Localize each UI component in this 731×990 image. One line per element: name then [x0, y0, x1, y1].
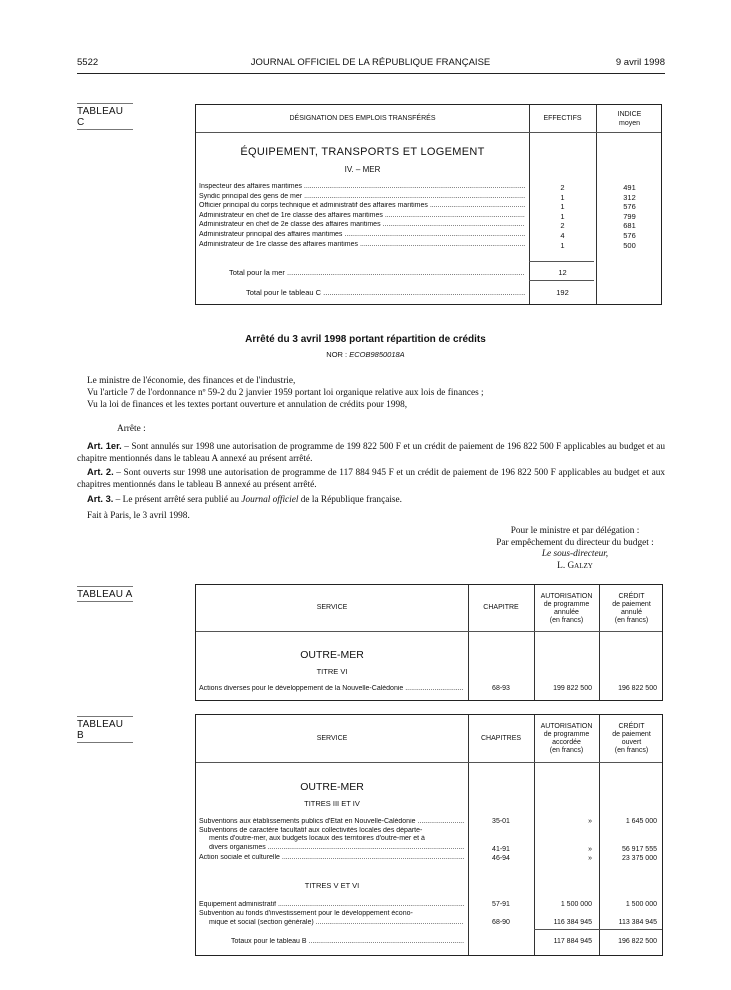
- table-row-indice: 491: [596, 183, 663, 192]
- table-row-indice: 312: [596, 193, 663, 202]
- table-row-indice: 799: [596, 212, 663, 221]
- article-2: Art. 2. – Sont ouverts sur 1998 une auto…: [77, 466, 665, 491]
- table-row-indice: 576: [596, 231, 663, 240]
- article-1: Art. 1er. – Sont annulés sur 1998 une au…: [77, 440, 665, 465]
- table-row-chapitre: 68-93: [468, 685, 534, 692]
- table-row-cp: 56 917 555: [599, 846, 657, 853]
- col-service: SERVICE: [196, 604, 468, 611]
- table-row-chapitre: 68-90: [468, 919, 534, 926]
- total-tableau-c-label: Total pour le tableau C: [246, 288, 525, 297]
- table-row-cp: 196 822 500: [599, 685, 657, 692]
- arrete-word: Arrête :: [117, 423, 146, 435]
- table-row-label: Officier principal du corps technique et…: [199, 202, 525, 209]
- col-credit: CRÉDITde paiementannulé(en francs): [599, 593, 664, 625]
- table-row-cp: 23 375 000: [599, 855, 657, 862]
- subsection-title: IV. – MER: [196, 165, 529, 174]
- table-row-label: Administrateur en chef de 1re classe des…: [199, 212, 525, 219]
- table-row-label: Subventions de caractère facultatif aux …: [199, 827, 464, 834]
- table-row-chapitre: 46-94: [468, 855, 534, 862]
- arrete-title: Arrêté du 3 avril 1998 portant répartiti…: [0, 334, 731, 345]
- table-row-ap: 1 500 000: [534, 901, 592, 908]
- table-row-label: Administrateur de 1re classe des affaire…: [199, 241, 525, 248]
- nor-line: NOR : ECOB9850018A: [0, 350, 731, 359]
- signature: Pour le ministre et par délégation : Par…: [465, 526, 685, 572]
- col-credit: CRÉDITde paiementouvert(en francs): [599, 723, 664, 755]
- col-chapitres: CHAPITRES: [468, 735, 534, 742]
- table-row-effectifs: 4: [529, 231, 596, 240]
- total-cp: 196 822 500: [599, 938, 657, 945]
- section-title: OUTRE-MER: [196, 781, 468, 793]
- tableau-c-label: TABLEAU C: [77, 103, 133, 130]
- table-row-chapitre: 35-01: [468, 818, 534, 825]
- table-row-ap: »: [534, 855, 592, 862]
- col-autorisation: AUTORISATIONde programmeaccordée(en fran…: [534, 723, 599, 755]
- table-row-label: Actions diverses pour le développement d…: [199, 685, 464, 692]
- col-indice: INDICE moyen: [596, 110, 663, 128]
- tableau-b: SERVICE CHAPITRES AUTORISATIONde program…: [195, 714, 663, 956]
- col-service: SERVICE: [196, 735, 468, 742]
- preamble: Le ministre de l'économie, des finances …: [77, 375, 667, 411]
- subsection-title: TITRE VI: [196, 667, 468, 676]
- table-row-indice: 681: [596, 221, 663, 230]
- section-title: OUTRE-MER: [196, 649, 468, 661]
- total-tableau-c-value: 192: [529, 288, 596, 297]
- table-row-cp: 113 384 945: [599, 919, 657, 926]
- nor-label: NOR :: [326, 350, 347, 359]
- table-row-indice: 500: [596, 241, 663, 250]
- table-row-indice: 576: [596, 202, 663, 211]
- table-row-label: Syndic principal des gens de mer: [199, 193, 525, 200]
- table-row-ap: 199 822 500: [534, 685, 592, 692]
- table-row-effectifs: 1: [529, 241, 596, 250]
- table-row-ap: »: [534, 818, 592, 825]
- col-designation: DÉSIGNATION DES EMPLOIS TRANSFÉRÉS: [196, 115, 529, 122]
- table-row-ap: 116 384 945: [534, 919, 592, 926]
- table-row-label: divers organismes: [209, 844, 464, 851]
- table-row-ap: »: [534, 846, 592, 853]
- table-row-effectifs: 2: [529, 183, 596, 192]
- table-row-effectifs: 2: [529, 221, 596, 230]
- subsection-titres-iii-iv: TITRES III ET IV: [196, 799, 468, 808]
- header-rule: [77, 73, 665, 74]
- subsection-titres-v-vi: TITRES V ET VI: [196, 881, 468, 890]
- nor-value: ECOB9850018A: [349, 350, 404, 359]
- tableau-c: DÉSIGNATION DES EMPLOIS TRANSFÉRÉS EFFEC…: [195, 104, 662, 305]
- table-row-effectifs: 1: [529, 193, 596, 202]
- tableau-a: SERVICE CHAPITRE AUTORISATIONde programm…: [195, 584, 663, 701]
- table-row-label: Équipement administratif: [199, 901, 464, 908]
- table-row-label: mique et social (section générale): [209, 919, 464, 926]
- fait-a: Fait à Paris, le 3 avril 1998.: [87, 510, 190, 522]
- total-mer-value: 12: [529, 268, 596, 277]
- table-row-label: Administrateur en chef de 2e classe des …: [199, 221, 525, 228]
- table-row-label: Subventions aux établissements publics d…: [199, 818, 464, 825]
- section-title: ÉQUIPEMENT, TRANSPORTS ET LOGEMENT: [196, 146, 529, 158]
- table-row-effectifs: 1: [529, 212, 596, 221]
- total-label: Totaux pour le tableau B: [231, 938, 464, 945]
- table-row-cp: 1 500 000: [599, 901, 657, 908]
- table-row-cp: 1 645 000: [599, 818, 657, 825]
- col-autorisation: AUTORISATIONde programmeannulée(en franc…: [534, 593, 599, 625]
- tableau-b-label: TABLEAU B: [77, 716, 133, 743]
- table-row-label: Administrateur principal des affaires ma…: [199, 231, 525, 238]
- col-effectifs: EFFECTIFS: [529, 115, 596, 122]
- total-ap: 117 884 945: [534, 938, 592, 945]
- col-chapitre: CHAPITRE: [468, 604, 534, 611]
- table-row-label: Action sociale et culturelle: [199, 854, 464, 861]
- table-row-chapitre: 57-91: [468, 901, 534, 908]
- article-3: Art. 3. – Le présent arrêté sera publié …: [77, 493, 665, 506]
- tableau-a-label: TABLEAU A: [77, 586, 133, 602]
- total-mer-label: Total pour la mer: [229, 268, 525, 277]
- table-row-effectifs: 1: [529, 202, 596, 211]
- issue-date: 9 avril 1998: [616, 57, 665, 68]
- table-row-label: Inspecteur des affaires maritimes: [199, 183, 525, 190]
- table-row-label: ments d'outre-mer, aux budgets locaux de…: [209, 835, 464, 842]
- table-row-label: Subvention au fonds d'investissement pou…: [199, 910, 464, 917]
- table-row-chapitre: 41-91: [468, 846, 534, 853]
